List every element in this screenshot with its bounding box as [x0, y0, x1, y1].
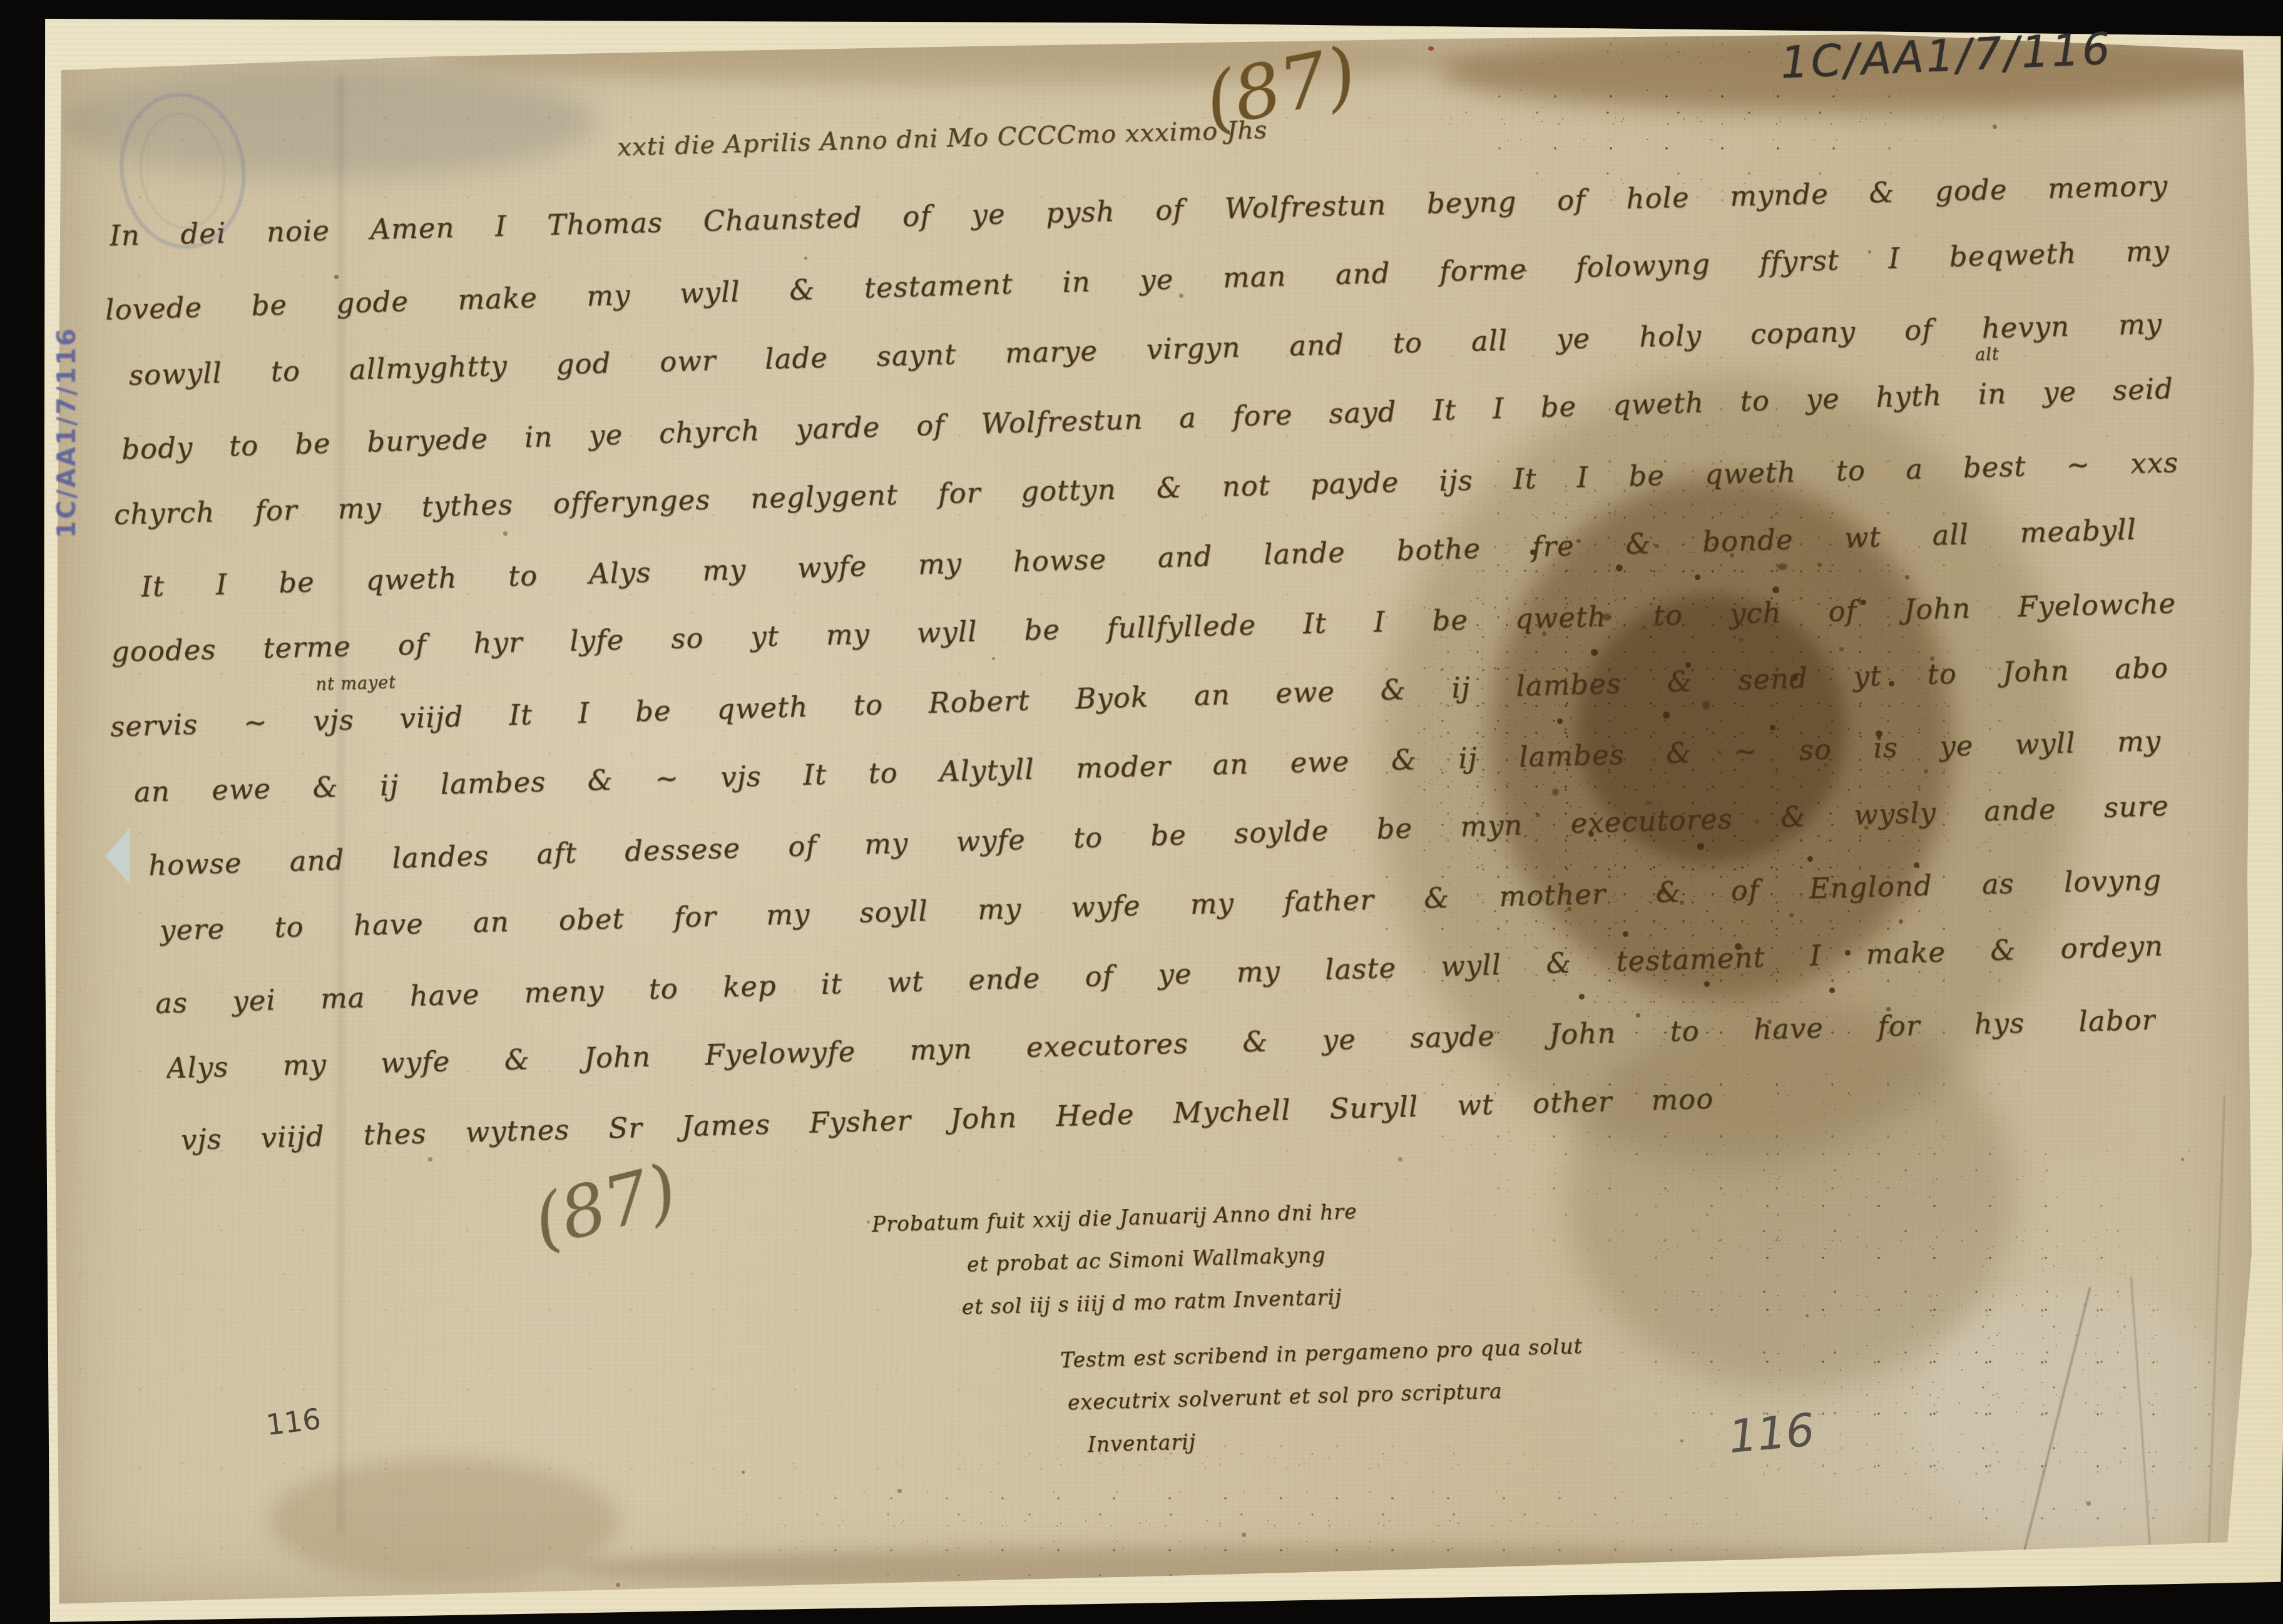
- photographed-manuscript: xxti die Aprilis Anno dni Mo CCCCmo xxxi…: [0, 0, 2283, 1624]
- red-ink-speck: [1428, 46, 1434, 51]
- paper-tag-triangle: [105, 827, 130, 885]
- probate-line: Inventarij: [1087, 1429, 1196, 1457]
- interlinear-alt: alt: [1975, 345, 2000, 365]
- interlinear-note: nt mayet: [315, 673, 396, 694]
- page-number-bottom-right: 116: [1727, 1403, 1817, 1463]
- archival-reference-left-vertical: 1C/AA1/7/116: [53, 188, 81, 538]
- page-number-bottom-left: 116: [264, 1402, 323, 1442]
